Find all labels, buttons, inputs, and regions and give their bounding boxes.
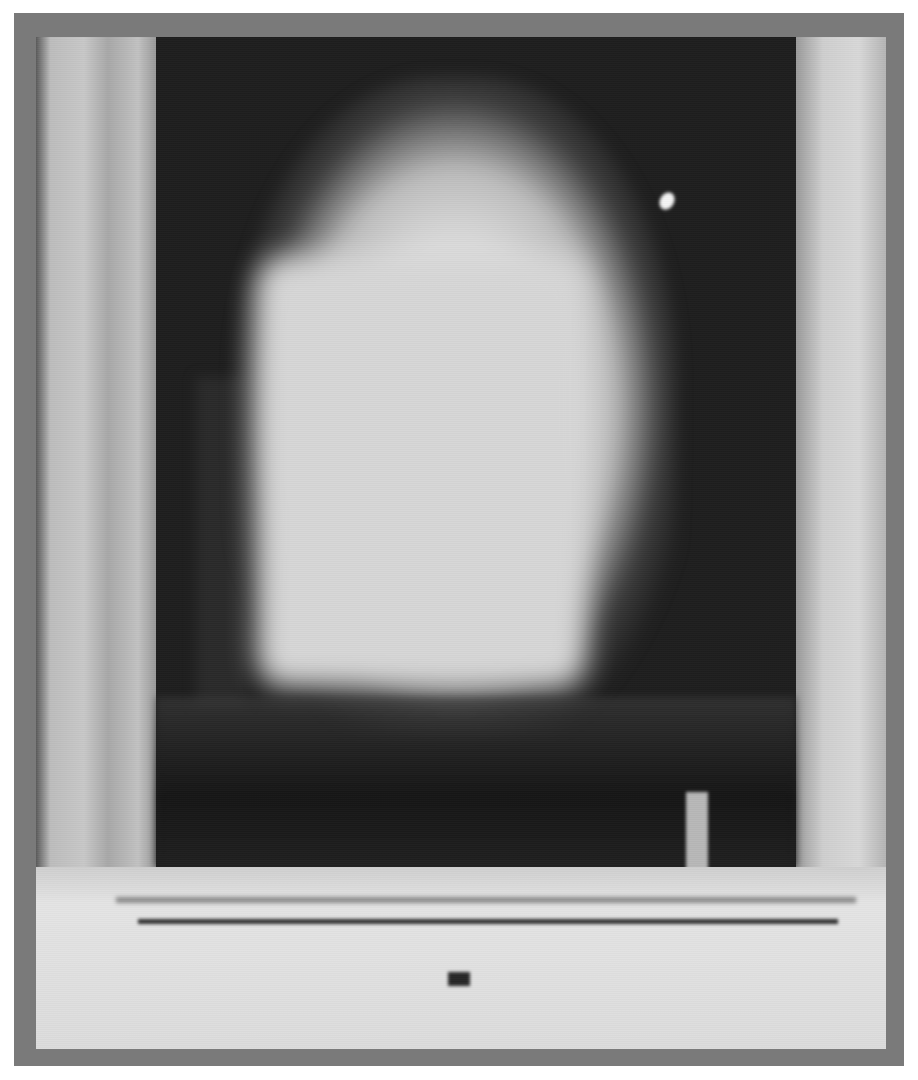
- window-sill: [36, 867, 886, 1049]
- light-spot: [656, 190, 677, 213]
- sill-latch: [448, 972, 470, 986]
- window-pillar-left: [36, 37, 156, 897]
- window-glass: [156, 37, 796, 867]
- light-glow-core: [256, 257, 586, 687]
- sill-groove: [138, 919, 838, 924]
- photo-frame: [14, 13, 904, 1066]
- sill-edge: [116, 897, 856, 903]
- photograph: [36, 37, 886, 1049]
- window-pillar-right: [796, 37, 886, 897]
